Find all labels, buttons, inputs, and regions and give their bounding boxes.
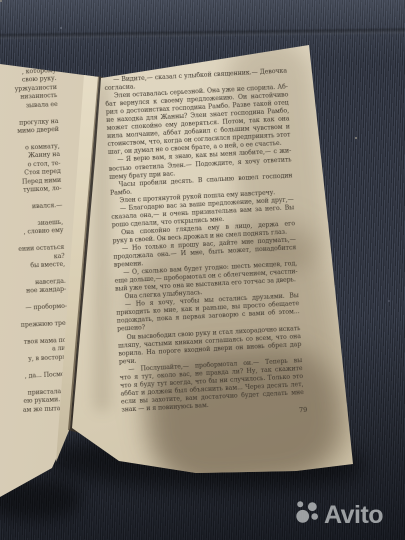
avito-wordmark: Avito xyxy=(324,501,383,530)
avito-watermark: Avito xyxy=(281,495,383,535)
avito-logo-icon xyxy=(281,495,321,535)
page-text: — Видите,— сказал с улыбкой священник.— … xyxy=(104,67,304,414)
book-listing-photo: , которомусвою руку.уржуазностинизанност… xyxy=(0,0,405,540)
page-number: 79 xyxy=(299,406,308,414)
left-page-text: , которомусвою руку.уржуазностинизанност… xyxy=(0,67,72,430)
